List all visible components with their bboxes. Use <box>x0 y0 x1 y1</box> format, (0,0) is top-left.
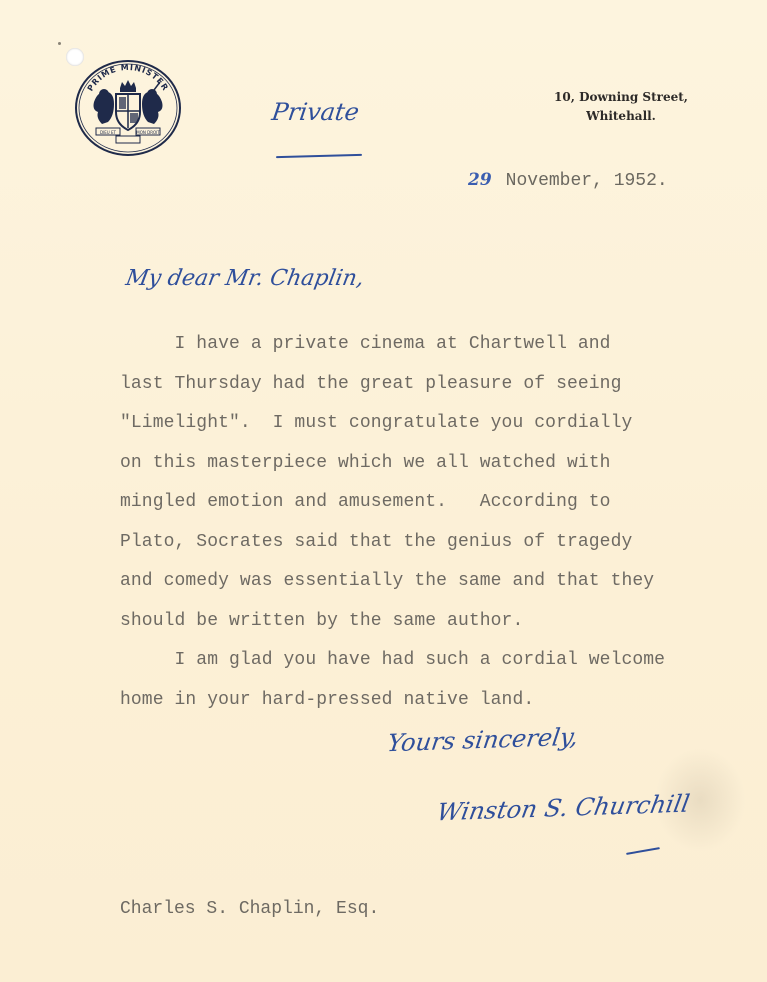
body-line: and comedy was essentially the same and … <box>120 562 720 602</box>
private-annotation: Private <box>270 98 361 126</box>
body-line: last Thursday had the great pleasure of … <box>120 365 720 405</box>
address-line-1: 10, Downing Street, <box>548 88 694 107</box>
address-line-2: Whitehall. <box>548 107 694 126</box>
prime-minister-crest-icon: PRIME MINISTER DIEU ET MON DROIT <box>74 58 182 158</box>
body-line: home in your hard-pressed native land. <box>120 681 720 721</box>
svg-text:DIEU ET: DIEU ET <box>100 130 117 135</box>
date-day-handwritten: 29 <box>468 170 492 190</box>
letterhead-address: 10, Downing Street, Whitehall. <box>548 88 694 126</box>
letter-date: 29November, 1952. <box>468 170 668 191</box>
body-line: I am glad you have had such a cordial we… <box>120 641 720 681</box>
salutation: My dear Mr. Chaplin, <box>124 266 366 291</box>
paper-speck <box>58 42 61 45</box>
svg-text:MON DROIT: MON DROIT <box>136 130 160 135</box>
body-line: should be written by the same author. <box>120 602 720 642</box>
body-line: "Limelight". I must congratulate you cor… <box>120 404 720 444</box>
letter-body: I have a private cinema at Chartwell and… <box>120 325 720 720</box>
body-line: Plato, Socrates said that the genius of … <box>120 523 720 563</box>
body-line: I have a private cinema at Chartwell and <box>120 325 720 365</box>
date-month-year: November, 1952. <box>506 171 668 191</box>
body-line: on this masterpiece which we all watched… <box>120 444 720 484</box>
body-line: mingled emotion and amusement. According… <box>120 483 720 523</box>
recipient-name: Charles S. Chaplin, Esq. <box>120 899 379 919</box>
